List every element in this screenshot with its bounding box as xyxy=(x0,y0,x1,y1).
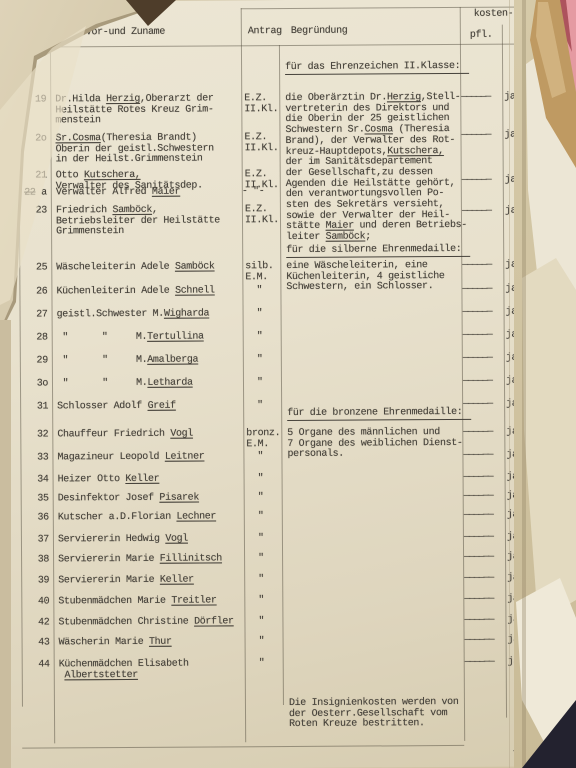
text-segment: Verwalter Alfred xyxy=(56,187,152,199)
left-edge-strip xyxy=(0,320,11,768)
row-number: 28 xyxy=(22,333,48,344)
text-segment: 36 xyxy=(37,512,48,523)
row-name: Serviererin Marie Fillinitsch xyxy=(58,554,222,566)
text-segment: 26 xyxy=(36,286,47,297)
row-antrag: bronz.E.M. xyxy=(246,429,280,451)
begruendung-paragraph: 5 Organe des männlichen und7 Organe des … xyxy=(287,428,462,461)
table-rule-vertical xyxy=(279,45,284,705)
text-segment: ; xyxy=(365,232,371,243)
text-segment: Stubenmädchen Marie xyxy=(58,596,171,608)
row-name-line: Wäscheleiterin Adele Samböck xyxy=(56,262,214,274)
row-antrag: " xyxy=(257,452,263,463)
text-segment: personals. xyxy=(287,449,344,460)
row-antrag-line: II.Kl. xyxy=(245,144,279,155)
text-segment: leiter xyxy=(286,232,326,243)
row-name-line: Desinfektor Josef Pisarek xyxy=(58,494,199,506)
row-name-line: Chauffeur Friedrich Vogl xyxy=(57,430,193,442)
row-antrag-line: " xyxy=(258,554,264,565)
begruendung-line: leiter Samböck; xyxy=(286,232,467,244)
row-antrag-line: II.Kl. xyxy=(245,216,279,227)
row-dashes: —————— xyxy=(464,595,493,606)
row-antrag: " xyxy=(257,401,263,412)
text-segment: Herzig xyxy=(106,94,140,105)
text-segment: menstein xyxy=(55,116,100,127)
row-name-line: Magazineur Leopold Leitner xyxy=(57,453,204,465)
row-antrag: - "- xyxy=(242,187,265,198)
row-number: 39 xyxy=(23,576,49,587)
row-name-line: " " M.Letharda xyxy=(57,379,193,391)
row-antrag-line: " xyxy=(259,659,265,670)
row-antrag: " xyxy=(257,355,263,366)
row-dashes: —————— xyxy=(464,574,493,585)
text-segment: Kutscher a.D.Florian xyxy=(58,512,177,524)
row-name: Magazineur Leopold Leitner xyxy=(57,453,204,465)
text-segment: Keller xyxy=(125,474,159,485)
row-name-line: " " M.Tertullina xyxy=(57,333,204,345)
row-antrag-line: " xyxy=(258,596,264,607)
text-segment: Stubenmädchen Christine xyxy=(58,617,194,629)
row-antrag-line: " xyxy=(258,512,264,523)
text-segment: Wäscheleiterin Adele xyxy=(56,262,175,274)
row-name-line: Serviererin Hedwig Vogl xyxy=(58,535,188,546)
row-name: Sr.Cosma(Theresia Brandt)Oberin der geis… xyxy=(55,133,213,166)
row-antrag-line: " xyxy=(257,378,263,389)
row-dashes: —————— xyxy=(464,553,493,564)
text-segment: Dörfler xyxy=(194,616,234,627)
text-segment: Herzig xyxy=(387,92,421,103)
row-name: Schlosser Adolf Greif xyxy=(57,402,176,413)
row-number: 35 xyxy=(23,494,49,505)
row-name: Kutscher a.D.Florian Lechner xyxy=(58,512,216,524)
section-heading-text: für die bronzene Ehrenmedaille: xyxy=(287,407,471,421)
row-antrag: silb.E.M. xyxy=(245,262,273,284)
text-segment: Samböck xyxy=(175,261,215,272)
text-segment: Grimmenstein xyxy=(56,226,124,237)
text-segment: Maier xyxy=(152,187,180,198)
text-segment: 3o xyxy=(37,378,48,389)
section-heading: für die silberne Ehrenmedaille: xyxy=(286,245,470,257)
text-segment: Cosma xyxy=(365,124,393,135)
row-name-line: Serviererin Marie Fillinitsch xyxy=(58,554,222,566)
row-name-line: Serviererin Marie Keller xyxy=(58,576,194,588)
row-name-line: Wäscherin Marie Thur xyxy=(59,638,172,649)
row-antrag: " xyxy=(258,474,264,485)
section-heading-text: für die silberne Ehrenmedaille: xyxy=(286,244,470,258)
row-number: 34 xyxy=(23,475,49,486)
row-dashes: —————— xyxy=(462,176,491,187)
section-heading-text: für das Ehrenzeichen II.Klasse: xyxy=(285,61,469,75)
text-segment: Albertstetter xyxy=(64,670,138,681)
text-segment: stätte xyxy=(286,221,326,232)
row-antrag-line: " xyxy=(257,332,263,343)
row-dashes: —————— xyxy=(463,308,492,319)
text-segment: Samböck xyxy=(326,232,366,243)
text-segment: Magazineur Leopold xyxy=(57,452,164,464)
text-segment: Serviererin Hedwig xyxy=(58,534,165,546)
text-segment: Wigharda xyxy=(164,308,209,319)
row-number: 38 xyxy=(23,555,49,566)
row-name: geistl.Schwester M.Wigharda xyxy=(57,309,210,321)
row-antrag: " xyxy=(257,309,263,320)
row-antrag-line: " xyxy=(259,637,265,648)
row-name: Wäscherin Marie Thur xyxy=(59,638,172,649)
column-header-begruendung: Begründung xyxy=(291,27,348,38)
row-dashes: —————— xyxy=(465,636,494,647)
text-segment: geistl.Schwester M. xyxy=(57,309,164,321)
table-rule-vertical xyxy=(502,25,507,718)
footer-note-line: Roten Kreuze bestritten. xyxy=(289,719,459,731)
row-antrag-line: E.M. xyxy=(246,440,280,451)
row-antrag-line: - "- xyxy=(242,187,265,198)
row-dashes: —————— xyxy=(463,451,492,462)
text-segment: Samböck xyxy=(112,205,152,216)
text-segment: Letharda xyxy=(147,378,192,389)
row-name: Dr.Hilda Herzig,Oberarzt derHeilstätte R… xyxy=(55,94,213,127)
text-segment: Schlosser Adolf xyxy=(57,401,147,413)
column-header-pfl: pfl. xyxy=(470,31,493,42)
row-name: " " M.Amalberga xyxy=(57,356,198,368)
row-name-line: " " M.Amalberga xyxy=(57,356,198,368)
row-dashes: —————— xyxy=(463,377,492,388)
begruendung-paragraph: die Oberärztin Dr.Herzig,Stell-vertreter… xyxy=(285,93,467,244)
section-heading: für die bronzene Ehrenmedaille: xyxy=(287,408,471,420)
row-number: 33 xyxy=(22,453,48,464)
row-antrag: " xyxy=(259,637,265,648)
text-segment: 39 xyxy=(38,575,49,586)
row-name: Stubenmädchen Christine Dörfler xyxy=(58,617,233,629)
row-antrag: " xyxy=(256,286,262,297)
row-antrag-line: E.M. xyxy=(245,273,273,284)
document-scan-page: Nr. Vor-und Zuname Antrag Begründung kos… xyxy=(0,0,576,768)
row-name-line: Verwalter Alfred Maier xyxy=(56,188,180,199)
text-segment: Kutschera, xyxy=(387,146,444,157)
text-segment: Maier xyxy=(326,221,354,232)
text-segment: Fillinitsch xyxy=(160,553,222,564)
row-name: Küchenleiterin Adele Schnell xyxy=(56,286,214,298)
text-segment: Schwestern, ein Schlosser. xyxy=(286,282,433,294)
text-segment: Heizer Otto xyxy=(58,474,126,485)
page-edge-shadow xyxy=(522,0,526,768)
text-segment: 28 xyxy=(36,332,47,343)
text-segment: Tertullina xyxy=(147,332,204,343)
row-name-line: in der Heilst.Grimmenstein xyxy=(56,155,214,167)
text-segment: Chauffeur Friedrich xyxy=(57,429,170,441)
row-antrag-line: " xyxy=(258,575,264,586)
text-segment: " " M. xyxy=(57,332,147,344)
text-segment: Leitner xyxy=(165,452,205,463)
text-segment: (Theresia xyxy=(393,124,450,135)
row-name: Serviererin Hedwig Vogl xyxy=(58,535,188,546)
row-name: Küchenmädchen Elisabeth Albertstetter xyxy=(59,660,189,682)
row-name-line: Albertstetter xyxy=(59,670,189,681)
text-segment: Otto xyxy=(56,170,84,181)
row-name: Verwalter Alfred Maier xyxy=(56,188,180,199)
row-number: 44 xyxy=(24,660,50,671)
row-antrag-line: II.Kl. xyxy=(244,105,278,116)
text-segment: ,Oberarzt der xyxy=(140,93,214,104)
row-dashes: —————— xyxy=(462,261,491,272)
text-segment: 25 xyxy=(36,262,47,273)
row-number: 26 xyxy=(21,287,47,298)
row-name: " " M.Letharda xyxy=(57,379,193,391)
row-antrag: " xyxy=(258,554,264,565)
row-antrag: " xyxy=(258,617,264,628)
text-segment: 34 xyxy=(37,474,48,485)
text-segment: Treitler xyxy=(171,595,216,606)
row-name: Stubenmädchen Marie Treitler xyxy=(58,596,216,608)
row-antrag-line: " xyxy=(258,534,264,545)
row-dashes: —————— xyxy=(463,428,492,439)
text-segment: ,Stell- xyxy=(421,92,461,103)
row-antrag: " xyxy=(258,512,264,523)
row-dashes: —————— xyxy=(463,331,492,342)
text-segment: Thur xyxy=(149,637,172,648)
row-number: 40 xyxy=(23,597,49,608)
row-number: 31 xyxy=(22,402,48,413)
row-dashes: —————— xyxy=(465,658,494,669)
text-segment: 40 xyxy=(38,596,49,607)
text-segment: " " M. xyxy=(57,355,147,367)
text-segment: Schwestern Sr. xyxy=(285,125,364,136)
text-segment: Greif xyxy=(148,401,176,412)
row-dashes: —————— xyxy=(464,511,493,522)
section-heading: für das Ehrenzeichen II.Klasse: xyxy=(285,62,469,74)
row-antrag: E.Z.II.Kl. xyxy=(244,94,278,116)
text-segment: Keller xyxy=(160,575,194,586)
text-segment: 43 xyxy=(38,637,49,648)
row-name-line: Schlosser Adolf Greif xyxy=(57,402,176,413)
row-antrag-line: " xyxy=(257,309,263,320)
row-antrag-line: " xyxy=(257,355,263,366)
row-antrag: " xyxy=(258,596,264,607)
row-antrag-line: " xyxy=(257,452,263,463)
text-segment: Serviererin Marie xyxy=(58,575,160,587)
text-segment: 37 xyxy=(38,534,49,545)
row-antrag: " xyxy=(258,493,264,504)
table-rule-vertical xyxy=(241,8,246,742)
text-segment: 35 xyxy=(37,493,48,504)
row-antrag: " xyxy=(257,332,263,343)
text-segment: Wäscherin Marie xyxy=(59,637,149,649)
column-header-kosten: kosten- xyxy=(474,10,514,21)
row-antrag: " xyxy=(259,659,265,670)
row-number: 42 xyxy=(23,618,49,629)
row-dashes: —————— xyxy=(461,93,490,104)
text-segment: Amalberga xyxy=(147,355,198,366)
row-name: Heizer Otto Keller xyxy=(58,475,160,486)
row-antrag-line: " xyxy=(258,493,264,504)
row-dashes: —————— xyxy=(464,533,493,544)
row-dashes: —————— xyxy=(462,207,491,218)
row-name-line: Grimmenstein xyxy=(56,227,220,239)
row-name: Wäscheleiterin Adele Samböck xyxy=(56,262,214,274)
text-segment: Kutschera, xyxy=(84,170,141,181)
row-number: 36 xyxy=(23,513,49,524)
row-dashes: —————— xyxy=(463,354,492,365)
row-name-line: menstein xyxy=(55,116,213,128)
row-name: Chauffeur Friedrich Vogl xyxy=(57,430,193,442)
row-number: 29 xyxy=(22,356,48,367)
row-number: 32 xyxy=(22,430,48,441)
text-segment: Friedrich xyxy=(56,205,113,216)
text-segment: 38 xyxy=(38,554,49,565)
text-segment: Vogl xyxy=(170,429,193,440)
row-number: 43 xyxy=(24,638,50,649)
row-antrag-line: " xyxy=(257,401,263,412)
row-number: 37 xyxy=(23,535,49,546)
row-name: Desinfektor Josef Pisarek xyxy=(58,494,199,506)
text-segment: Schnell xyxy=(175,285,215,296)
text-segment: , xyxy=(152,205,158,216)
text-segment: Desinfektor Josef xyxy=(58,493,160,505)
row-dashes: —————— xyxy=(464,492,493,503)
row-dashes: —————— xyxy=(462,285,491,296)
row-name-line: Kutscher a.D.Florian Lechner xyxy=(58,512,216,524)
row-name: " " M.Tertullina xyxy=(57,333,204,345)
row-name-line: Stubenmädchen Marie Treitler xyxy=(58,596,216,608)
text-segment: 29 xyxy=(37,355,48,366)
text-segment: 31 xyxy=(37,401,48,412)
text-segment: und deren Betriebs- xyxy=(354,220,467,232)
row-name: Friedrich Samböck,Betriebsleiter der Hei… xyxy=(56,205,220,238)
row-number: 27 xyxy=(22,310,48,321)
column-header-antrag: Antrag xyxy=(248,27,282,38)
text-segment: Sr.Cosma xyxy=(55,133,100,144)
row-dashes: —————— xyxy=(464,473,493,484)
row-dashes: —————— xyxy=(461,131,490,142)
row-antrag: E.Z.II.Kl. xyxy=(244,133,278,155)
begruendung-line: personals. xyxy=(287,449,462,461)
row-name-line: Küchenleiterin Adele Schnell xyxy=(56,286,214,298)
row-dashes: —————— xyxy=(464,616,493,627)
page-crease xyxy=(509,0,510,768)
row-number: 25 xyxy=(21,263,47,274)
text-segment: " " M. xyxy=(57,378,147,390)
text-segment: Serviererin Marie xyxy=(58,554,160,566)
row-name-line: geistl.Schwester M.Wigharda xyxy=(57,309,210,321)
column-header-name: Vor-und Zuname xyxy=(86,28,165,39)
text-segment: 42 xyxy=(38,617,49,628)
text-segment: Lechner xyxy=(176,511,216,522)
row-antrag: " xyxy=(258,575,264,586)
table-rule-horizontal xyxy=(22,745,464,749)
row-name: Serviererin Marie Keller xyxy=(58,576,194,588)
row-antrag-line: " xyxy=(258,617,264,628)
text-segment: Pisarek xyxy=(159,493,199,504)
row-antrag-line: " xyxy=(256,286,262,297)
text-segment: in der Heilst.Grimmenstein xyxy=(56,154,203,166)
text-segment: 33 xyxy=(37,452,48,463)
document-paper: Nr. Vor-und Zuname Antrag Begründung kos… xyxy=(0,0,576,768)
row-name-line: Stubenmädchen Christine Dörfler xyxy=(58,617,233,629)
row-antrag-line: " xyxy=(258,474,264,485)
row-name-line: Heizer Otto Keller xyxy=(58,475,160,486)
text-segment: Küchenmädchen Elisabeth xyxy=(59,659,189,671)
row-antrag: " xyxy=(258,534,264,545)
text-segment: Küchenleiterin Adele xyxy=(56,286,175,298)
begruendung-paragraph: eine Wäscheleiterin, eineKüchenleiterin,… xyxy=(286,261,444,294)
text-segment: Vogl xyxy=(165,534,188,545)
row-antrag: E.Z.II.Kl. xyxy=(245,205,279,227)
begruendung-line: Schwestern, ein Schlosser. xyxy=(286,282,444,294)
text-segment: 44 xyxy=(38,659,49,670)
footer-note: Die Insignienkosten werden vonder Oester… xyxy=(289,698,459,731)
row-antrag: " xyxy=(257,378,263,389)
text-segment: 32 xyxy=(37,429,48,440)
text-segment: 27 xyxy=(36,309,47,320)
row-number: 3o xyxy=(22,379,48,390)
